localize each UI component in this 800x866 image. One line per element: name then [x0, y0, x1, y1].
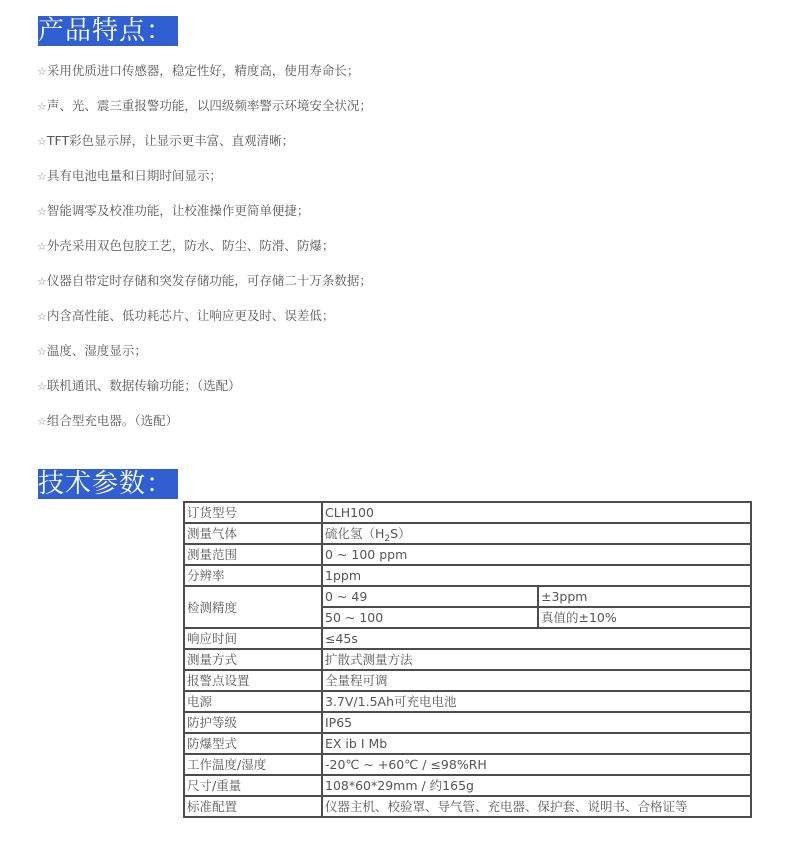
spec-label: 防护等级 [184, 712, 322, 733]
feature-item: ☆组合型充电器。（选配） [37, 412, 372, 447]
table-row: 测量范围 0 ~ 100 ppm [184, 544, 751, 565]
spec-value: CLH100 [322, 502, 751, 523]
table-row: 检测精度 0 ~ 49 ±3ppm [184, 586, 751, 607]
star-bullet-icon: ☆ [37, 240, 47, 253]
table-row: 防护等级 IP65 [184, 712, 751, 733]
feature-item: ☆外壳采用双色包胶工艺，防水、防尘、防滑、防爆； [37, 237, 372, 272]
spec-value: 硫化氢（H2S） [322, 523, 751, 544]
feature-item: ☆联机通讯、数据传输功能；（选配） [37, 377, 372, 412]
spec-label: 测量气体 [184, 523, 322, 544]
table-row: 响应时间 ≤45s [184, 628, 751, 649]
star-bullet-icon: ☆ [37, 135, 47, 148]
spec-label: 电源 [184, 691, 322, 712]
table-row: 测量气体 硫化氢（H2S） [184, 523, 751, 544]
specs-heading: 技术参数： [38, 469, 178, 499]
spec-label: 标准配置 [184, 796, 322, 817]
star-bullet-icon: ☆ [37, 205, 47, 218]
spec-label: 防爆型式 [184, 733, 322, 754]
star-bullet-icon: ☆ [37, 380, 47, 393]
table-row: 尺寸/重量 108*60*29mm / 约165g [184, 775, 751, 796]
accuracy-value: 真值的±10% [538, 607, 751, 628]
spec-value: IP65 [322, 712, 751, 733]
spec-table: 订货型号 CLH100 测量气体 硫化氢（H2S） 测量范围 0 ~ 100 p… [183, 501, 752, 818]
star-bullet-icon: ☆ [37, 100, 47, 113]
star-bullet-icon: ☆ [37, 345, 47, 358]
feature-item: ☆声、光、震三重报警功能，以四级频率警示环境安全状况； [37, 97, 372, 132]
table-row: 测量方式 扩散式测量方法 [184, 649, 751, 670]
feature-item: ☆智能调零及校准功能，让校准操作更简单便捷； [37, 202, 372, 237]
table-row: 防爆型式 EX ib Ⅰ Mb [184, 733, 751, 754]
spec-value: 仪器主机、校验罩、导气管、充电器、保护套、说明书、合格证等 [322, 796, 751, 817]
feature-item: ☆具有电池电量和日期时间显示； [37, 167, 372, 202]
spec-value: 全量程可调 [322, 670, 751, 691]
spec-value: 扩散式测量方法 [322, 649, 751, 670]
table-row: 订货型号 CLH100 [184, 502, 751, 523]
table-row: 分辨率 1ppm [184, 565, 751, 586]
features-list: ☆采用优质进口传感器，稳定性好，精度高，使用寿命长； ☆声、光、震三重报警功能，… [37, 62, 372, 447]
accuracy-value: ±3ppm [538, 586, 751, 607]
spec-label: 测量范围 [184, 544, 322, 565]
spec-value: 108*60*29mm / 约165g [322, 775, 751, 796]
feature-item: ☆仪器自带定时存储和突发存储功能，可存储二十万条数据； [37, 272, 372, 307]
spec-label: 测量方式 [184, 649, 322, 670]
star-bullet-icon: ☆ [37, 275, 47, 288]
spec-label: 分辨率 [184, 565, 322, 586]
spec-value: -20℃ ~ +60℃ / ≤98%RH [322, 754, 751, 775]
spec-label: 报警点设置 [184, 670, 322, 691]
table-row: 标准配置 仪器主机、校验罩、导气管、充电器、保护套、说明书、合格证等 [184, 796, 751, 817]
table-row: 报警点设置 全量程可调 [184, 670, 751, 691]
spec-value: 1ppm [322, 565, 751, 586]
feature-item: ☆内含高性能、低功耗芯片、让响应更及时、误差低； [37, 307, 372, 342]
spec-label: 工作温度/湿度 [184, 754, 322, 775]
spec-value: EX ib Ⅰ Mb [322, 733, 751, 754]
spec-label: 检测精度 [184, 586, 322, 628]
feature-item: ☆温度、湿度显示； [37, 342, 372, 377]
star-bullet-icon: ☆ [37, 65, 47, 78]
accuracy-range: 0 ~ 49 [322, 586, 538, 607]
feature-item: ☆TFT彩色显示屏，让显示更丰富、直观清晰； [37, 132, 372, 167]
spec-label: 响应时间 [184, 628, 322, 649]
star-bullet-icon: ☆ [37, 415, 47, 428]
spec-value: ≤45s [322, 628, 751, 649]
spec-label: 尺寸/重量 [184, 775, 322, 796]
table-row: 工作温度/湿度 -20℃ ~ +60℃ / ≤98%RH [184, 754, 751, 775]
spec-label: 订货型号 [184, 502, 322, 523]
spec-value: 3.7V/1.5Ah可充电电池 [322, 691, 751, 712]
spec-value: 0 ~ 100 ppm [322, 544, 751, 565]
star-bullet-icon: ☆ [37, 310, 47, 323]
features-heading: 产品特点： [38, 16, 178, 46]
accuracy-range: 50 ~ 100 [322, 607, 538, 628]
feature-item: ☆采用优质进口传感器，稳定性好，精度高，使用寿命长； [37, 62, 372, 97]
star-bullet-icon: ☆ [37, 170, 47, 183]
table-row: 电源 3.7V/1.5Ah可充电电池 [184, 691, 751, 712]
